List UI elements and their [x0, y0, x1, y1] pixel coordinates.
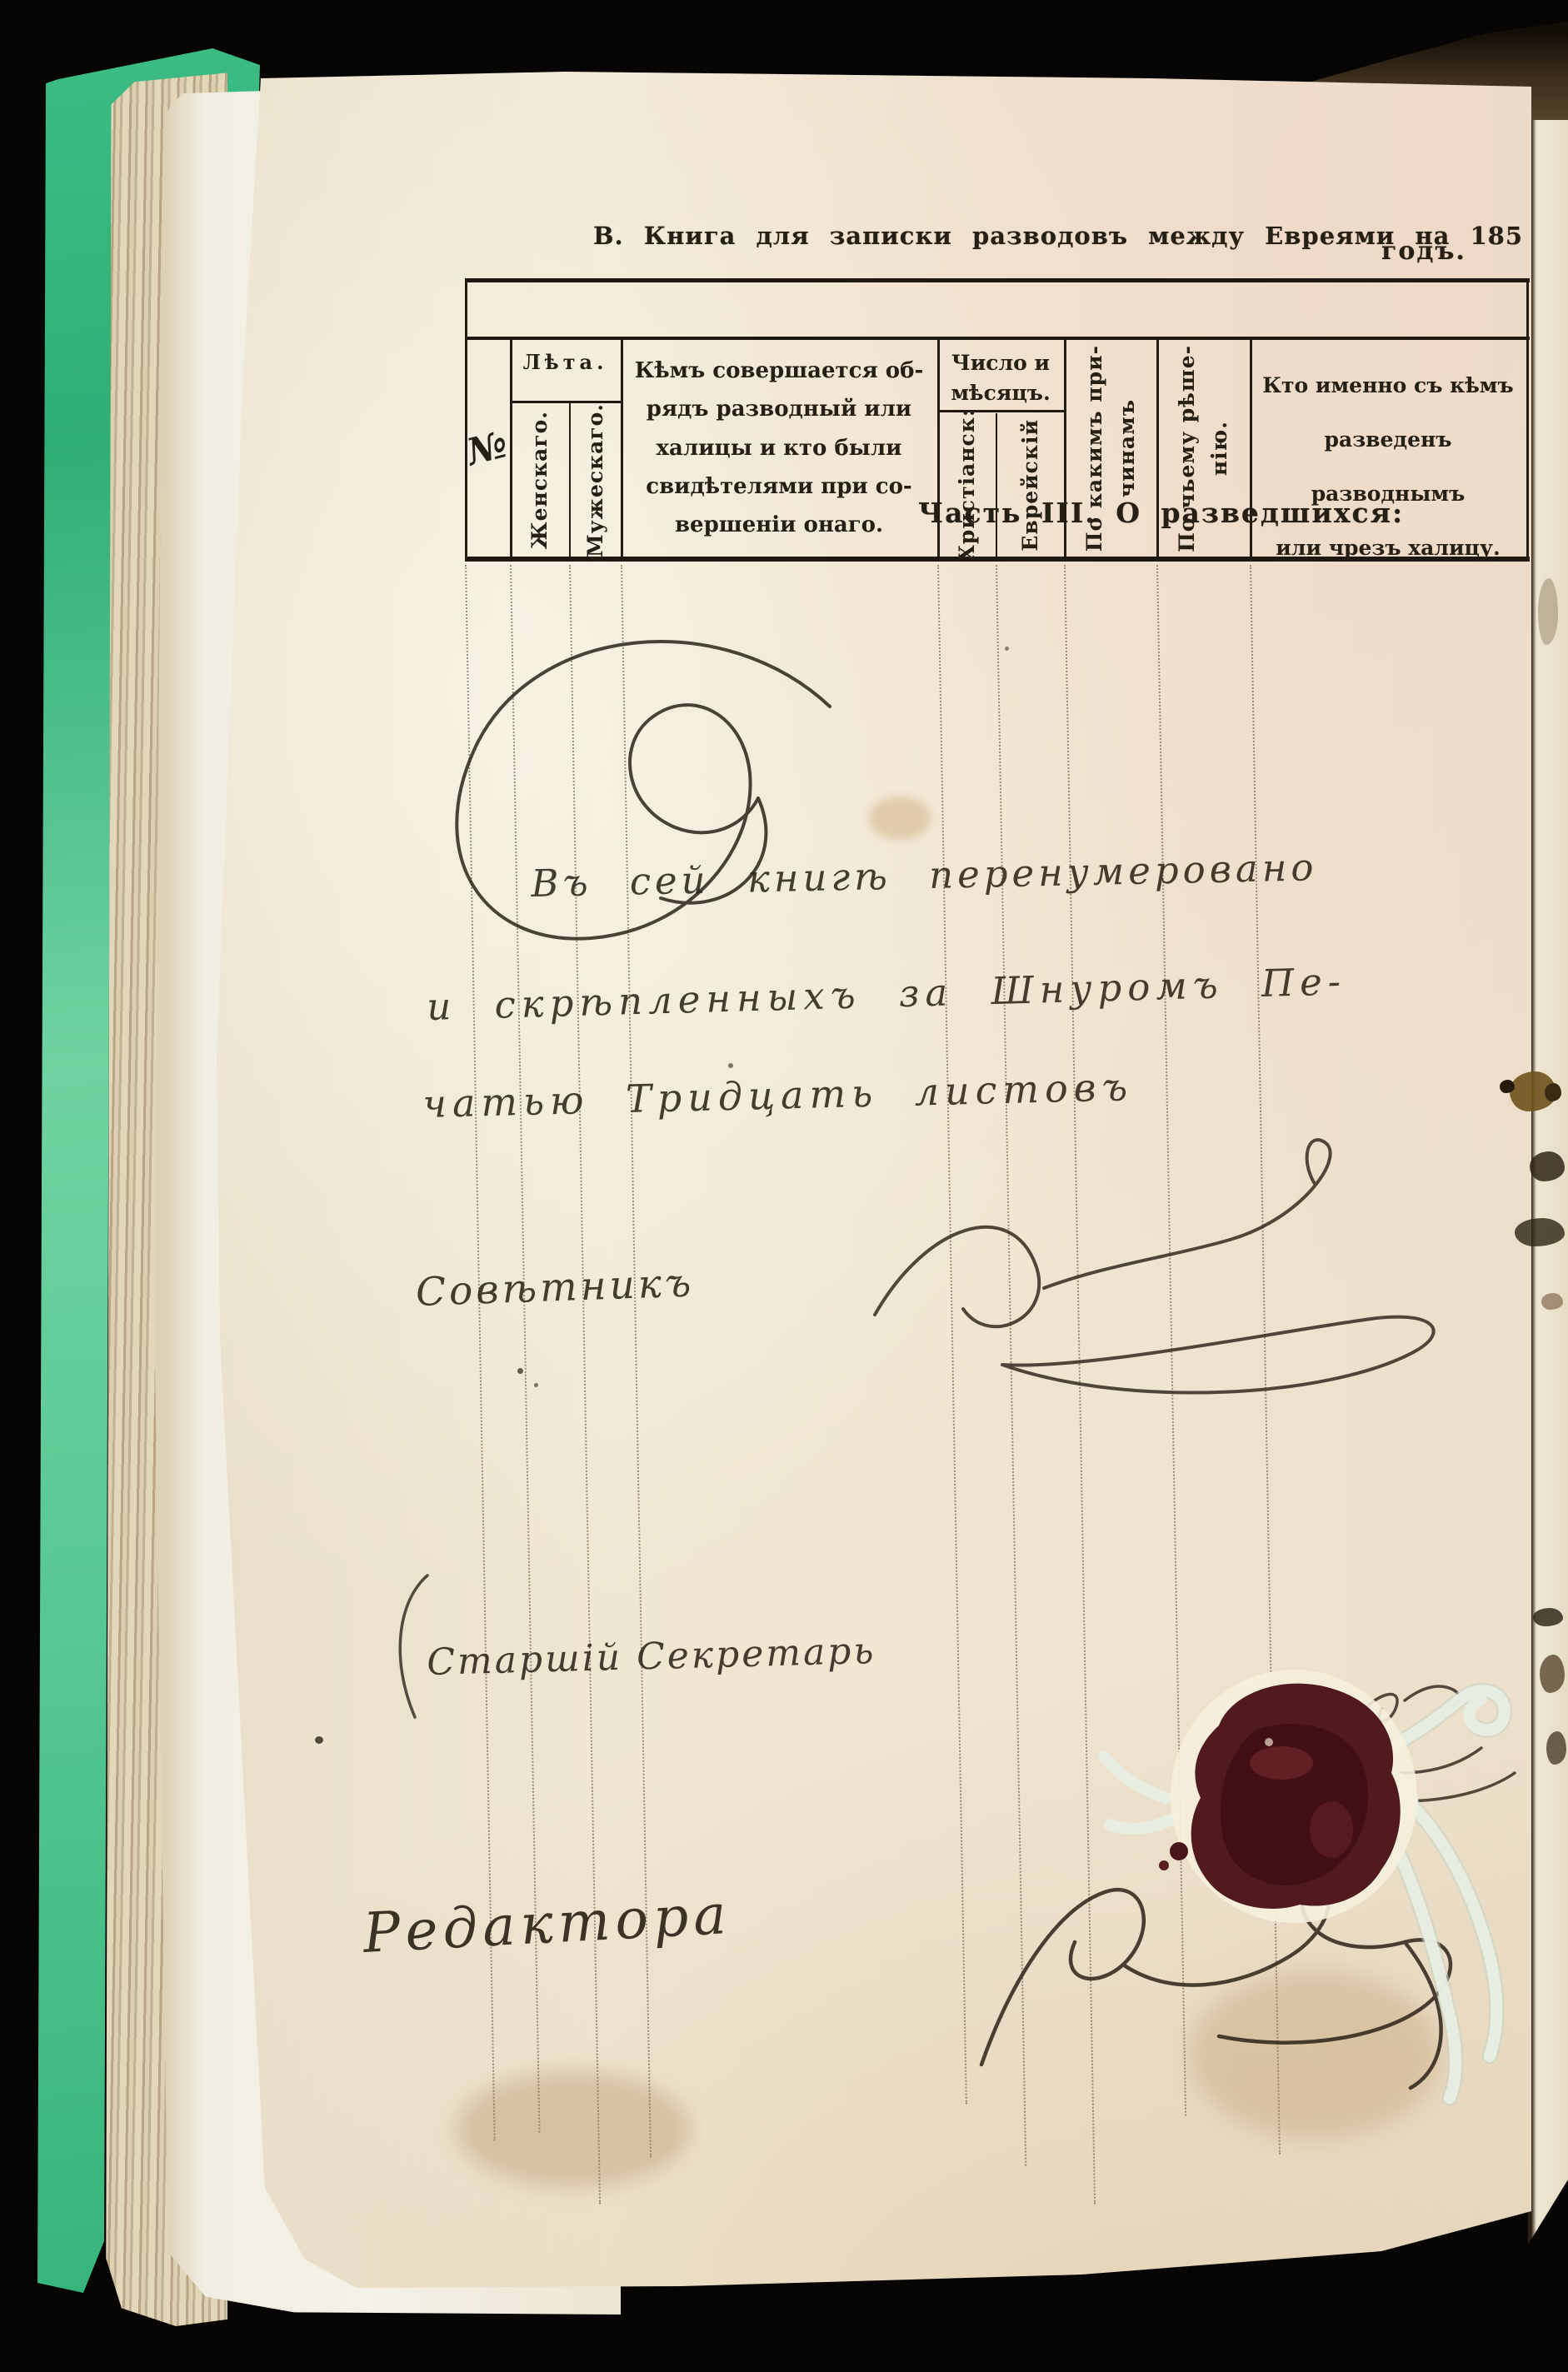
- ink-blob: [1515, 1218, 1565, 1246]
- fold-ink-marks: [0, 0, 1568, 2372]
- ink-blob: [1545, 1083, 1561, 1101]
- ink-blob: [1533, 1608, 1563, 1626]
- scanned-register-photo: В. Книга для записки разводовъ между Евр…: [0, 0, 1568, 2372]
- ink-blob: [1546, 1731, 1566, 1765]
- ink-blob: [1530, 1151, 1565, 1181]
- ink-blob: [1540, 1655, 1565, 1693]
- ink-blob: [1541, 1293, 1563, 1310]
- ink-smudge: [1538, 578, 1558, 645]
